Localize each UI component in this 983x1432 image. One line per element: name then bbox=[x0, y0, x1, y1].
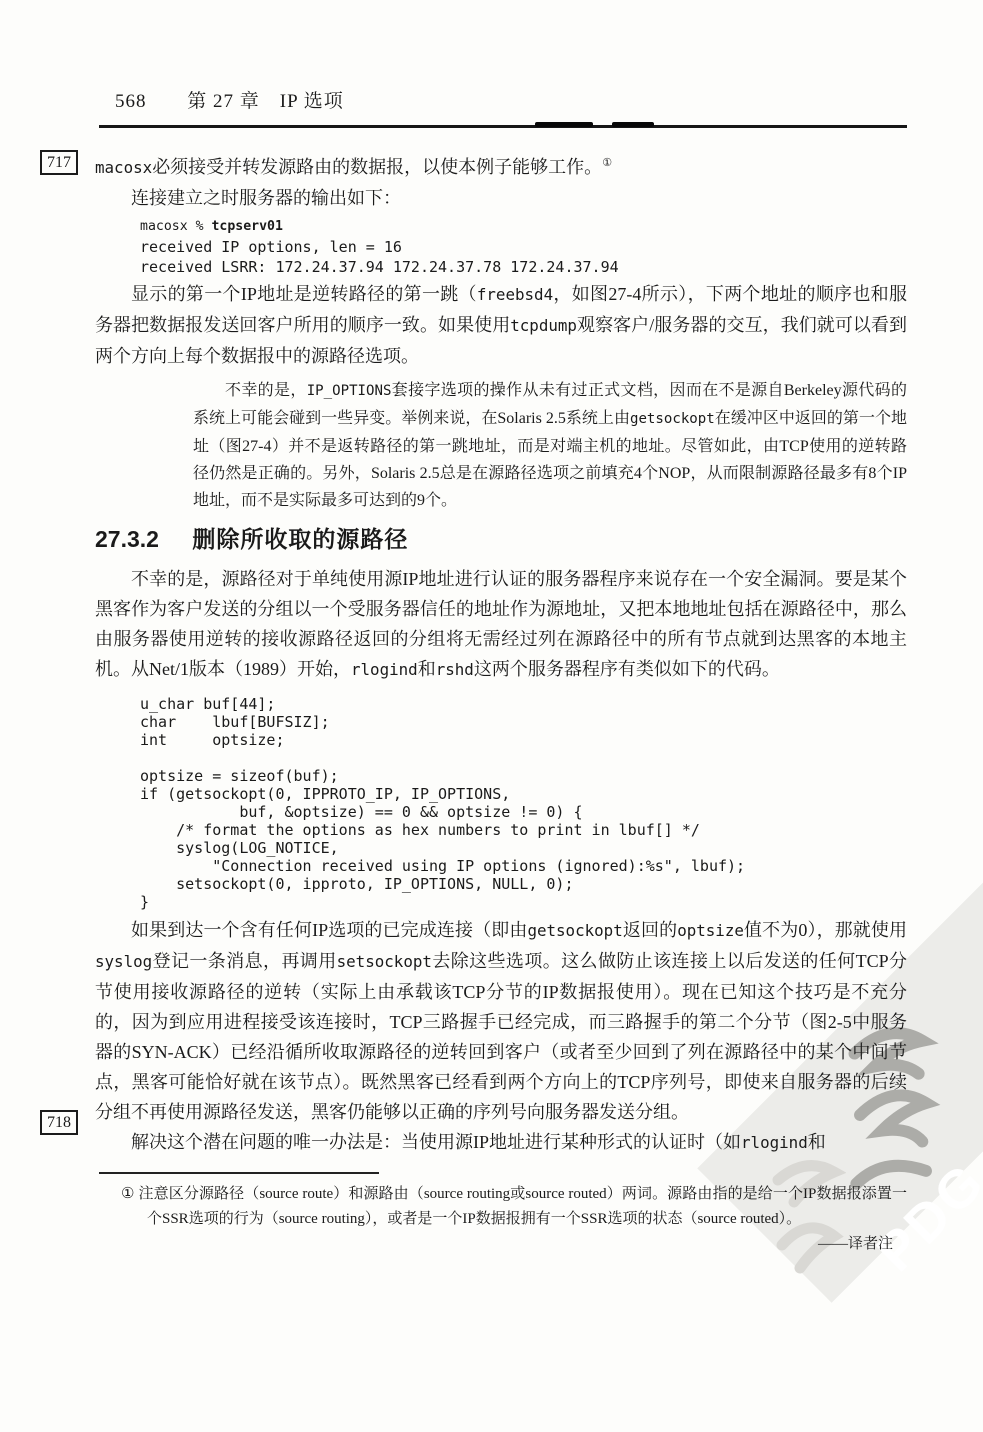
paragraph-first-ip: 显示的第一个IP地址是逆转路径的第一跳（freebsd4，如图27-4所示），下… bbox=[95, 279, 907, 371]
footnote-rule bbox=[99, 1172, 379, 1174]
book-page: PDG 568 第 27 章 IP 选项 717 718 macosx必须接受并… bbox=[0, 0, 983, 1432]
translator-signature: ——译者注 bbox=[95, 1232, 907, 1257]
footnote-body: 注意区分源路径（source route）和源路由（source routing… bbox=[139, 1186, 907, 1227]
footnote-text: ①注意区分源路径（source route）和源路由（source routin… bbox=[95, 1182, 907, 1232]
terminal-result-lines: received IP options, len = 16 received L… bbox=[140, 237, 907, 277]
main-content: macosx必须接受并转发源路由的数据报，以使本例子能够工作。① 连接建立之时服… bbox=[95, 152, 907, 1257]
c-code-listing: u_char buf[44]; char lbuf[BUFSIZ]; int o… bbox=[140, 695, 907, 911]
footnote-marker: ① bbox=[121, 1186, 135, 1202]
page-header: 568 第 27 章 IP 选项 bbox=[115, 90, 344, 114]
paragraph-explanation: 如果到达一个含有任何IP选项的已完成连接（即由getsockopt返回的opts… bbox=[95, 915, 907, 1127]
section-title: 删除所收取的源路径 bbox=[192, 526, 408, 552]
margin-page-marker-718: 718 bbox=[40, 1110, 78, 1135]
chapter-title: 第 27 章 IP 选项 bbox=[187, 91, 343, 112]
header-rule bbox=[99, 125, 907, 128]
note-block: 不幸的是，IP_OPTIONS套接字选项的操作从未有过正式文档，因而在不是源自B… bbox=[193, 377, 907, 514]
paragraph-continuation: macosx必须接受并转发源路由的数据报，以使本例子能够工作。① bbox=[95, 152, 907, 183]
terminal-output: macosx % tcpserv01 received IP options, … bbox=[140, 215, 907, 277]
scan-artifact bbox=[612, 122, 654, 127]
section-number: 27.3.2 bbox=[95, 526, 159, 552]
paragraph-intro: 连接建立之时服务器的输出如下： bbox=[95, 183, 907, 213]
margin-page-marker-717: 717 bbox=[40, 150, 78, 175]
footnote-area: ①注意区分源路径（source route）和源路由（source routin… bbox=[95, 1172, 907, 1257]
paragraph-security-hole: 不幸的是，源路径对于单纯使用源IP地址进行认证的服务器程序来说存在一个安全漏洞。… bbox=[95, 564, 907, 685]
terminal-command-line: macosx % tcpserv01 bbox=[140, 215, 907, 237]
section-heading: 27.3.2 删除所收取的源路径 bbox=[95, 522, 907, 556]
paragraph-solution: 解决这个潜在问题的唯一办法是：当使用源IP地址进行某种形式的认证时（如rlogi… bbox=[95, 1127, 907, 1158]
scan-artifact bbox=[535, 122, 593, 127]
page-number: 568 bbox=[115, 91, 147, 112]
